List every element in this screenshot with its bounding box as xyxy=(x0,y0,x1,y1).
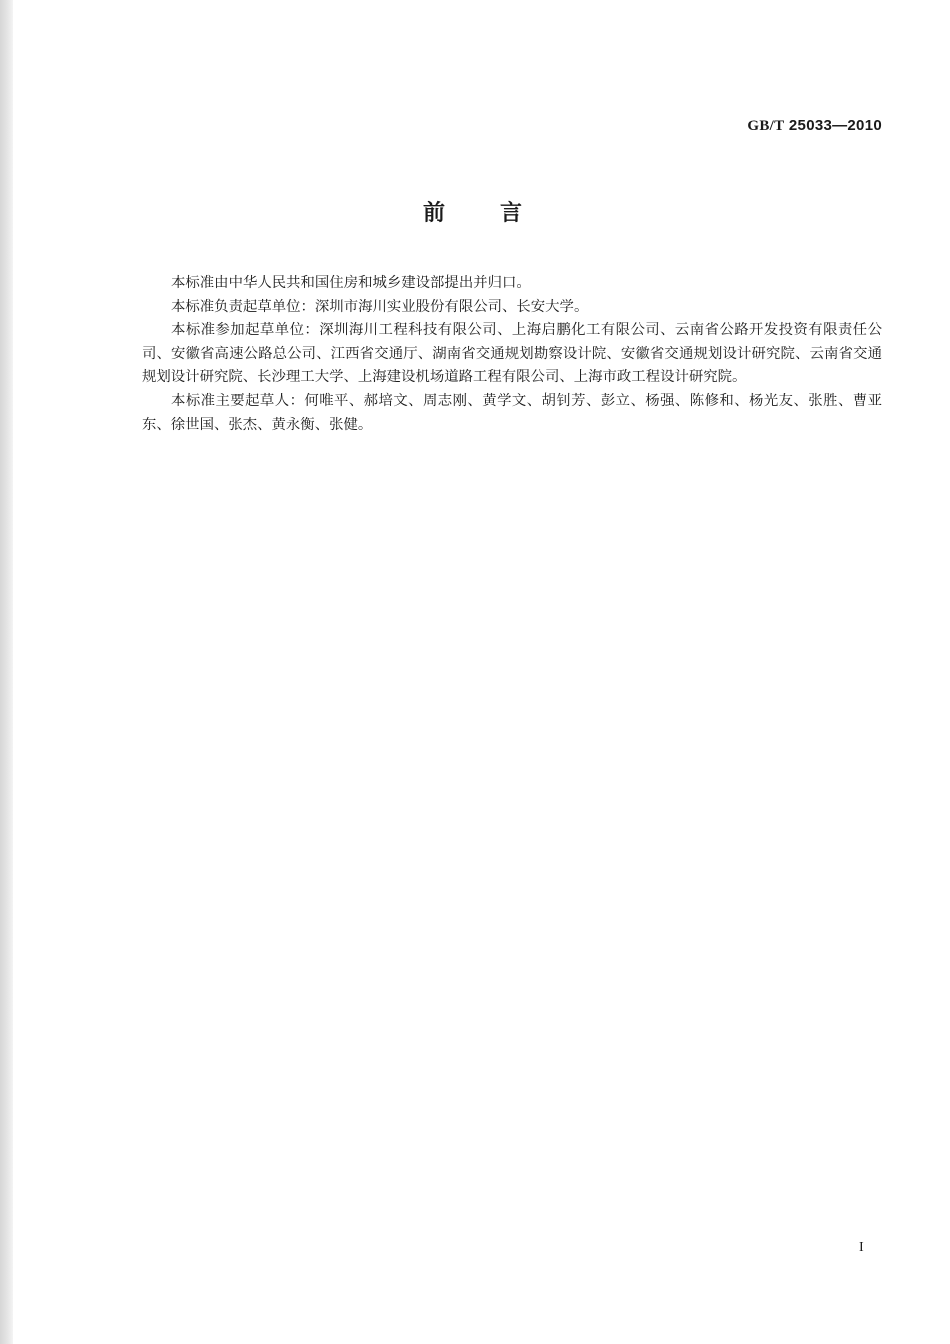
paragraph-proposer: 本标准由中华人民共和国住房和城乡建设部提出并归口。 xyxy=(142,272,882,296)
standard-code: 25033—2010 xyxy=(789,117,882,134)
standard-prefix: GB/T xyxy=(747,118,784,134)
standard-number: GB/T 25033—2010 xyxy=(747,117,882,135)
foreword-body: 本标准由中华人民共和国住房和城乡建设部提出并归口。 本标准负责起草单位：深圳市海… xyxy=(142,272,882,437)
paragraph-main-drafters: 本标准主要起草人：何唯平、郝培文、周志刚、黄学文、胡钊芳、彭立、杨强、陈修和、杨… xyxy=(142,390,882,437)
paragraph-lead-drafters: 本标准负责起草单位：深圳市海川实业股份有限公司、长安大学。 xyxy=(142,296,882,320)
page-number: I xyxy=(859,1240,864,1256)
page-title: 前言 xyxy=(0,196,950,227)
title-char-1: 前 xyxy=(423,201,500,226)
paragraph-participating-drafters: 本标准参加起草单位：深圳海川工程科技有限公司、上海启鹏化工有限公司、云南省公路开… xyxy=(142,319,882,390)
title-char-2: 言 xyxy=(500,201,577,226)
